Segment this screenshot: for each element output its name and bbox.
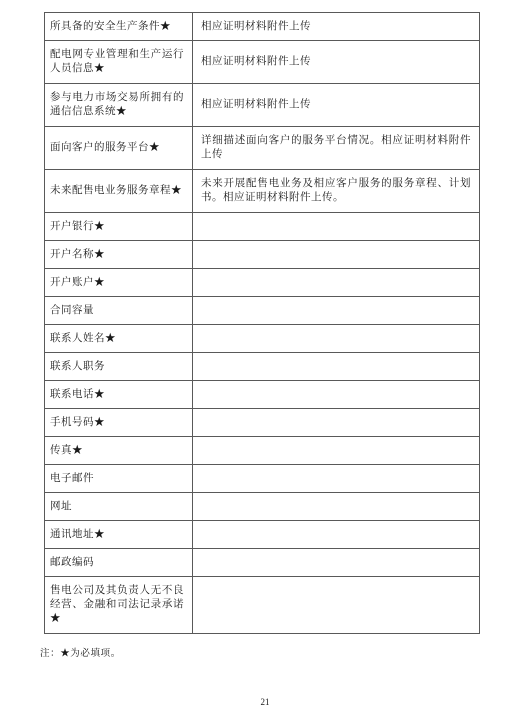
field-label: 手机号码★ xyxy=(45,409,193,437)
field-value xyxy=(193,409,480,437)
field-value xyxy=(193,577,480,634)
table-row: 联系人姓名★ xyxy=(45,325,480,353)
field-value: 未来开展配售电业务及相应客户服务的服务章程、计划书。相应证明材料附件上传。 xyxy=(193,170,480,213)
field-value xyxy=(193,353,480,381)
table-row: 开户名称★ xyxy=(45,241,480,269)
table-row: 开户账户★ xyxy=(45,269,480,297)
table-row: 未来配售电业务服务章程★ 未来开展配售电业务及相应客户服务的服务章程、计划书。相… xyxy=(45,170,480,213)
table-row: 配电网专业管理和生产运行人员信息★ 相应证明材料附件上传 xyxy=(45,41,480,84)
field-value: 相应证明材料附件上传 xyxy=(193,13,480,41)
table-row: 参与电力市场交易所拥有的通信信息系统★ 相应证明材料附件上传 xyxy=(45,84,480,127)
field-label: 传真★ xyxy=(45,437,193,465)
field-value xyxy=(193,241,480,269)
field-value xyxy=(193,465,480,493)
table-row: 通讯地址★ xyxy=(45,521,480,549)
field-label: 通讯地址★ xyxy=(45,521,193,549)
page-number: 21 xyxy=(0,697,530,707)
field-label: 网址 xyxy=(45,493,193,521)
field-label: 电子邮件 xyxy=(45,465,193,493)
field-label: 所具备的安全生产条件★ xyxy=(45,13,193,41)
table-row: 所具备的安全生产条件★ 相应证明材料附件上传 xyxy=(45,13,480,41)
field-value xyxy=(193,437,480,465)
table-row: 面向客户的服务平台★ 详细描述面向客户的服务平台情况。相应证明材料附件上传 xyxy=(45,127,480,170)
field-label: 开户银行★ xyxy=(45,213,193,241)
table-row: 售电公司及其负责人无不良经营、金融和司法记录承诺★ xyxy=(45,577,480,634)
field-value xyxy=(193,325,480,353)
table-row: 联系电话★ xyxy=(45,381,480,409)
field-value xyxy=(193,269,480,297)
field-label: 开户账户★ xyxy=(45,269,193,297)
field-value xyxy=(193,213,480,241)
field-value xyxy=(193,493,480,521)
field-value xyxy=(193,297,480,325)
field-label: 售电公司及其负责人无不良经营、金融和司法记录承诺★ xyxy=(45,577,193,634)
field-label: 邮政编码 xyxy=(45,549,193,577)
required-fields-footnote: 注：★为必填项。 xyxy=(40,645,121,659)
field-label: 面向客户的服务平台★ xyxy=(45,127,193,170)
field-label: 联系人职务 xyxy=(45,353,193,381)
document-page: 所具备的安全生产条件★ 相应证明材料附件上传 配电网专业管理和生产运行人员信息★… xyxy=(0,0,530,722)
table-row: 联系人职务 xyxy=(45,353,480,381)
field-value xyxy=(193,381,480,409)
field-value: 详细描述面向客户的服务平台情况。相应证明材料附件上传 xyxy=(193,127,480,170)
field-value xyxy=(193,521,480,549)
field-label: 联系电话★ xyxy=(45,381,193,409)
registration-form-table: 所具备的安全生产条件★ 相应证明材料附件上传 配电网专业管理和生产运行人员信息★… xyxy=(44,12,480,634)
field-label: 合同容量 xyxy=(45,297,193,325)
table-row: 网址 xyxy=(45,493,480,521)
table-row: 开户银行★ xyxy=(45,213,480,241)
table-row: 电子邮件 xyxy=(45,465,480,493)
field-value: 相应证明材料附件上传 xyxy=(193,84,480,127)
field-value xyxy=(193,549,480,577)
field-label: 未来配售电业务服务章程★ xyxy=(45,170,193,213)
table-row: 手机号码★ xyxy=(45,409,480,437)
table-row: 合同容量 xyxy=(45,297,480,325)
table-row: 传真★ xyxy=(45,437,480,465)
field-label: 联系人姓名★ xyxy=(45,325,193,353)
field-label: 开户名称★ xyxy=(45,241,193,269)
table-row: 邮政编码 xyxy=(45,549,480,577)
field-label: 参与电力市场交易所拥有的通信信息系统★ xyxy=(45,84,193,127)
field-value: 相应证明材料附件上传 xyxy=(193,41,480,84)
field-label: 配电网专业管理和生产运行人员信息★ xyxy=(45,41,193,84)
